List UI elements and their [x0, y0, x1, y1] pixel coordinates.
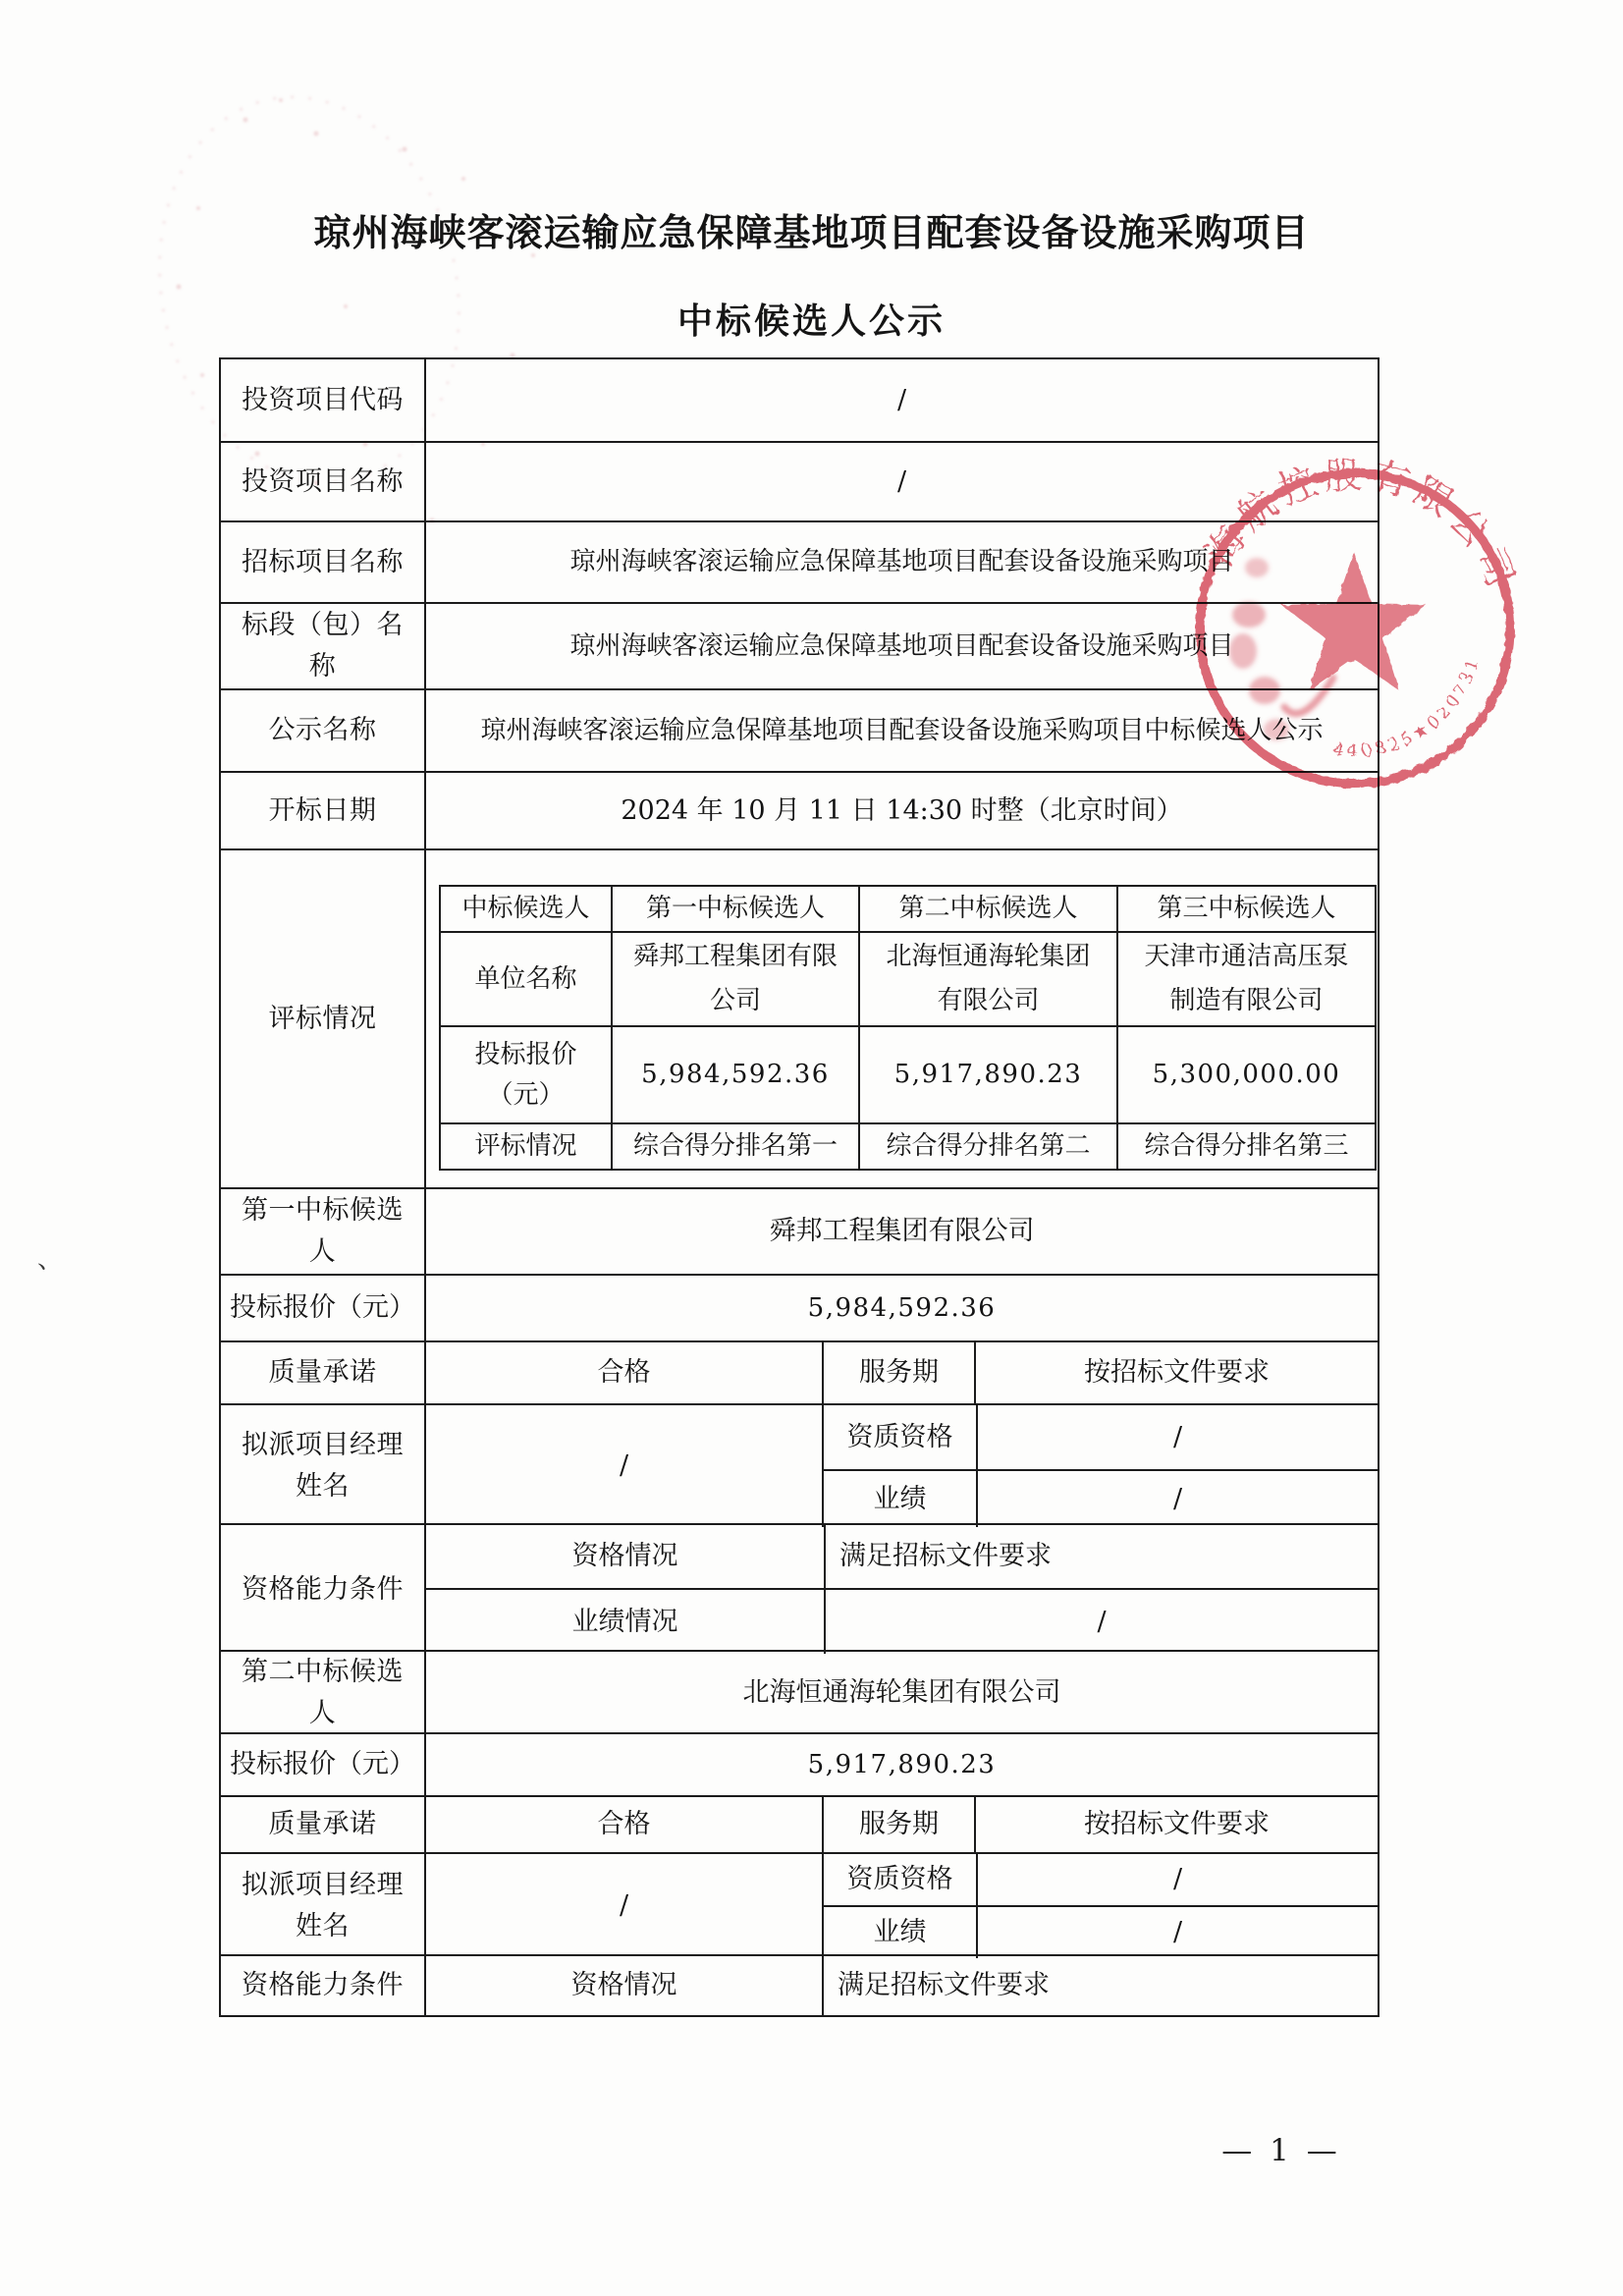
- first-qualification-label: 资质资格: [824, 1405, 976, 1469]
- eval-price-first: 5,984,592.36: [611, 1025, 858, 1122]
- second-bid-price-value: 5,917,890.23: [424, 1734, 1378, 1795]
- evaluation-inner-table: 中标候选人 第一中标候选人 第二中标候选人 第三中标候选人 单位名称 舜邦工程集…: [439, 885, 1377, 1171]
- first-perf-status-subrow: 业绩情况 /: [426, 1588, 1378, 1654]
- second-qual-status-value: 满足招标文件要求: [822, 1956, 1378, 2015]
- second-manager-value: /: [424, 1854, 822, 1958]
- evaluation-table-cell: 中标候选人 第一中标候选人 第二中标候选人 第三中标候选人 单位名称 舜邦工程集…: [424, 850, 1378, 1187]
- row-second-bid-price: 投标报价（元） 5,917,890.23: [221, 1732, 1378, 1795]
- first-candidate-label: 第一中标候选人: [221, 1189, 424, 1274]
- invest-name-label: 投资项目名称: [221, 443, 424, 520]
- second-manager-label: 拟派项目经理姓名: [221, 1854, 424, 1958]
- second-manager-right-block: 资质资格 / 业绩 /: [822, 1854, 1378, 1958]
- eval-unit-second: 北海恒通海轮集团有限公司: [858, 931, 1116, 1025]
- invest-code-label: 投资项目代码: [221, 359, 424, 441]
- second-qualification-value: /: [976, 1854, 1378, 1905]
- announcement-name-label: 公示名称: [221, 690, 424, 771]
- second-quality-value: 合格: [424, 1797, 822, 1852]
- first-service-label: 服务期: [822, 1342, 974, 1403]
- first-perf-status-label: 业绩情况: [426, 1590, 824, 1654]
- first-qual-status-value: 满足招标文件要求: [824, 1525, 1378, 1588]
- first-qual-status-subrow: 资格情况 满足招标文件要求: [426, 1525, 1378, 1588]
- document-title-line2: 中标候选人公示: [0, 294, 1623, 344]
- second-performance-subrow: 业绩 /: [824, 1905, 1378, 1958]
- first-performance-label: 业绩: [824, 1471, 976, 1527]
- page-number: — 1 —: [1168, 2133, 1394, 2168]
- row-invest-code: 投资项目代码 /: [221, 359, 1378, 441]
- row-first-quality: 质量承诺 合格 服务期 按招标文件要求: [221, 1340, 1378, 1403]
- seal-star-icon: [1281, 552, 1427, 690]
- eval-unit-first: 舜邦工程集团有限公司: [611, 931, 858, 1025]
- first-capability-right-block: 资格情况 满足招标文件要求 业绩情况 /: [424, 1525, 1378, 1654]
- first-qualification-subrow: 资质资格 /: [824, 1405, 1378, 1469]
- document-title-line1: 琼州海峡客滚运输应急保障基地项目配套设备设施采购项目: [0, 202, 1623, 256]
- eval-price-second: 5,917,890.23: [858, 1025, 1116, 1122]
- stray-ink-mark: 、: [37, 1239, 63, 1276]
- section-package-label: 标段（包）名称: [221, 604, 424, 688]
- first-quality-label: 质量承诺: [221, 1342, 424, 1403]
- first-candidate-name: 舜邦工程集团有限公司: [424, 1189, 1378, 1274]
- eval-header-third: 第三中标候选人: [1116, 887, 1375, 931]
- second-candidate-name: 北海恒通海轮集团有限公司: [424, 1652, 1378, 1734]
- first-perf-status-value: /: [824, 1590, 1378, 1654]
- first-service-value: 按招标文件要求: [974, 1342, 1378, 1403]
- first-qual-status-label: 资格情况: [426, 1525, 824, 1588]
- first-manager-label: 拟派项目经理姓名: [221, 1405, 424, 1527]
- eval-rank-third: 综合得分排名第三: [1116, 1122, 1375, 1169]
- first-manager-right-block: 资质资格 / 业绩 /: [822, 1405, 1378, 1527]
- row-second-candidate: 第二中标候选人 北海恒通海轮集团有限公司: [221, 1650, 1378, 1732]
- row-first-manager: 拟派项目经理姓名 / 资质资格 / 业绩 /: [221, 1403, 1378, 1523]
- first-performance-value: /: [976, 1471, 1378, 1527]
- scanned-document-page: { "title": { "line1": "琼州海峡客滚运输应急保障基地项目配…: [0, 0, 1623, 2296]
- bid-opening-date-label: 开标日期: [221, 773, 424, 848]
- eval-price-third: 5,300,000.00: [1116, 1025, 1375, 1122]
- first-qualification-value: /: [976, 1405, 1378, 1469]
- seal-blurred-smudge: [1229, 558, 1333, 740]
- official-seal: 海航控股有限公司 440825★020731: [1178, 450, 1532, 803]
- eval-rank-first: 综合得分排名第一: [611, 1122, 858, 1169]
- second-performance-label: 业绩: [824, 1907, 976, 1958]
- second-capability-label: 资格能力条件: [221, 1956, 424, 2015]
- second-bid-price-label: 投标报价（元）: [221, 1734, 424, 1795]
- first-manager-value: /: [424, 1405, 822, 1527]
- eval-header-first: 第一中标候选人: [611, 887, 858, 931]
- eval-price-label: 投标报价 （元）: [441, 1025, 611, 1122]
- second-qualification-subrow: 资质资格 /: [824, 1854, 1378, 1905]
- invest-code-value: /: [424, 359, 1378, 441]
- first-quality-value: 合格: [424, 1342, 822, 1403]
- tender-project-label: 招标项目名称: [221, 522, 424, 602]
- row-second-capability: 资格能力条件 资格情况 满足招标文件要求: [221, 1954, 1378, 2015]
- eval-rank-second: 综合得分排名第二: [858, 1122, 1116, 1169]
- second-candidate-label: 第二中标候选人: [221, 1652, 424, 1734]
- first-bid-price-value: 5,984,592.36: [424, 1276, 1378, 1340]
- row-second-manager: 拟派项目经理姓名 / 资质资格 / 业绩 /: [221, 1852, 1378, 1954]
- evaluation-label: 评标情况: [221, 850, 424, 1187]
- second-service-label: 服务期: [822, 1797, 974, 1852]
- second-performance-value: /: [976, 1907, 1378, 1958]
- row-evaluation: 评标情况 中标候选人 第一中标候选人 第二中标候选人 第三中标候选人 单位名称 …: [221, 848, 1378, 1187]
- row-first-candidate: 第一中标候选人 舜邦工程集团有限公司: [221, 1187, 1378, 1274]
- row-first-capability: 资格能力条件 资格情况 满足招标文件要求 业绩情况 /: [221, 1523, 1378, 1650]
- eval-unit-label: 单位名称: [441, 931, 611, 1025]
- eval-rank-label: 评标情况: [441, 1122, 611, 1169]
- first-bid-price-label: 投标报价（元）: [221, 1276, 424, 1340]
- second-quality-label: 质量承诺: [221, 1797, 424, 1852]
- first-performance-subrow: 业绩 /: [824, 1469, 1378, 1527]
- eval-header-second: 第二中标候选人: [858, 887, 1116, 931]
- eval-unit-third: 天津市通洁高压泵制造有限公司: [1116, 931, 1375, 1025]
- row-second-quality: 质量承诺 合格 服务期 按招标文件要求: [221, 1795, 1378, 1852]
- second-qual-status-label: 资格情况: [424, 1956, 822, 2015]
- second-qualification-label: 资质资格: [824, 1854, 976, 1905]
- second-service-value: 按招标文件要求: [974, 1797, 1378, 1852]
- eval-header-candidates: 中标候选人: [441, 887, 611, 931]
- first-capability-label: 资格能力条件: [221, 1525, 424, 1654]
- row-first-bid-price: 投标报价（元） 5,984,592.36: [221, 1274, 1378, 1340]
